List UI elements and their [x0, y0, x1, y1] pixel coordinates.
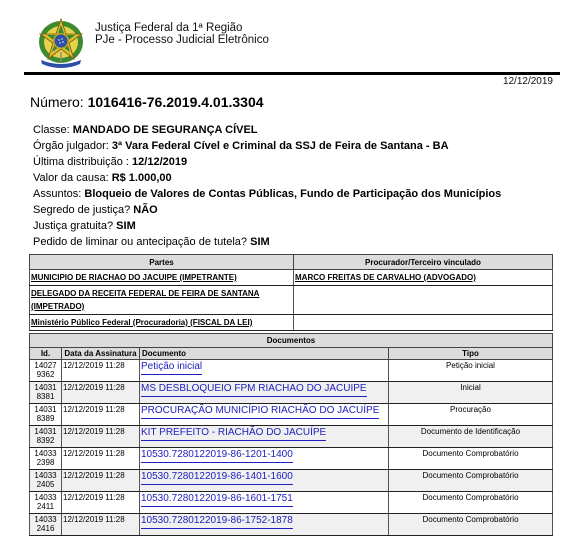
- procurador-cell: [294, 286, 553, 315]
- document-id: 140279362: [30, 360, 62, 382]
- document-id: 140318389: [30, 404, 62, 426]
- document-type: Documento Comprobatório: [389, 448, 553, 470]
- document-type: Petição inicial: [389, 360, 553, 382]
- partes-row: DELEGADO DA RECEITA FEDERAL DE FEIRA DE …: [30, 286, 553, 315]
- document-cell: KIT PREFEITO - RIACHÃO DO JACUÍPE: [140, 426, 389, 448]
- process-number-value: 1016416-76.2019.4.01.3304: [88, 94, 264, 110]
- document-link[interactable]: KIT PREFEITO - RIACHÃO DO JACUÍPE: [141, 427, 326, 441]
- field-assuntos: Assuntos: Bloqueio de Valores de Contas …: [33, 186, 501, 202]
- procurador-cell: [294, 315, 553, 331]
- partes-header: Partes: [30, 255, 294, 270]
- document-row: 14027936212/12/2019 11:28Petição inicial…: [30, 360, 553, 382]
- header-divider: [24, 72, 560, 75]
- document-cell: 10530.7280122019-86-1601-1751: [140, 492, 389, 514]
- document-link[interactable]: 10530.7280122019-86-1752-1878: [141, 515, 293, 529]
- document-id: 140318392: [30, 426, 62, 448]
- document-row: 14031838112/12/2019 11:28MS DESBLOQUEIO …: [30, 382, 553, 404]
- col-header-data: Data da Assinatura: [62, 348, 140, 360]
- partes-row: MUNICIPIO DE RIACHAO DO JACUIPE (IMPETRA…: [30, 270, 553, 286]
- document-cell: Petição inicial: [140, 360, 389, 382]
- field-valor-causa: Valor da causa: R$ 1.000,00: [33, 170, 501, 186]
- document-id-part2: 8381: [37, 392, 55, 401]
- documentos-table: Documentos Id. Data da Assinatura Docume…: [29, 333, 553, 536]
- document-cell: 10530.7280122019-86-1201-1400: [140, 448, 389, 470]
- document-link[interactable]: Petição inicial: [141, 361, 202, 375]
- document-id-part1: 14031: [34, 383, 56, 392]
- org-line-2: PJe - Processo Judicial Eletrônico: [95, 34, 269, 46]
- document-id-part1: 14031: [34, 427, 56, 436]
- document-row: 14031838912/12/2019 11:28PROCURAÇÃO MUNI…: [30, 404, 553, 426]
- partes-table: Partes Procurador/Terceiro vinculado MUN…: [29, 254, 553, 331]
- document-id-part2: 9362: [37, 370, 55, 379]
- brazil-coat-of-arms-icon: [36, 16, 86, 70]
- document-link[interactable]: 10530.7280122019-86-1401-1600: [141, 471, 293, 485]
- document-id-part2: 2398: [37, 458, 55, 467]
- document-type: Documento Comprobatório: [389, 492, 553, 514]
- process-fields: Classe: MANDADO DE SEGURANÇA CÍVEL Órgão…: [33, 122, 501, 250]
- document-date: 12/12/2019 11:28: [62, 492, 140, 514]
- document-id: 140318381: [30, 382, 62, 404]
- document-date: 12/12/2019 11:28: [62, 382, 140, 404]
- document-id-part1: 14031: [34, 405, 56, 414]
- document-type: Documento de Identificação: [389, 426, 553, 448]
- document-type: Documento Comprobatório: [389, 470, 553, 492]
- field-orgao-julgador: Órgão julgador: 3ª Vara Federal Cível e …: [33, 138, 501, 154]
- document-row: 14033239812/12/2019 11:2810530.728012201…: [30, 448, 553, 470]
- field-ultima-distribuicao: Última distribuição : 12/12/2019: [33, 154, 501, 170]
- document-header: Justiça Federal da 1ª Região PJe - Proce…: [0, 0, 582, 75]
- document-id-part1: 14033: [34, 449, 56, 458]
- col-header-id: Id.: [30, 348, 62, 360]
- document-id-part1: 14033: [34, 471, 56, 480]
- document-type: Inicial: [389, 382, 553, 404]
- document-id-part2: 2405: [37, 480, 55, 489]
- procurador-cell: MARCO FREITAS DE CARVALHO (ADVOGADO): [294, 270, 553, 286]
- procurador-header: Procurador/Terceiro vinculado: [294, 255, 553, 270]
- document-date: 12/12/2019 11:28: [62, 514, 140, 536]
- field-justica-gratuita: Justiça gratuita? SIM: [33, 218, 501, 234]
- field-classe: Classe: MANDADO DE SEGURANÇA CÍVEL: [33, 122, 501, 138]
- document-type: Procuração: [389, 404, 553, 426]
- col-header-tipo: Tipo: [389, 348, 553, 360]
- partes-row: Ministério Público Federal (Procuradoria…: [30, 315, 553, 331]
- organization-name: Justiça Federal da 1ª Região PJe - Proce…: [95, 22, 269, 46]
- document-date: 12/12/2019 11:28: [62, 404, 140, 426]
- document-cell: MS DESBLOQUEIO FPM RIACHAO DO JACUIPE: [140, 382, 389, 404]
- field-segredo-justica: Segredo de justiça? NÃO: [33, 202, 501, 218]
- org-line-1: Justiça Federal da 1ª Região: [95, 22, 269, 34]
- document-link[interactable]: PROCURAÇÃO MUNICÍPIO RIACHÃO DO JACUÍPE: [141, 405, 379, 419]
- document-id-part2: 8392: [37, 436, 55, 445]
- document-date: 12/12/2019 11:28: [62, 426, 140, 448]
- parte-cell: Ministério Público Federal (Procuradoria…: [30, 315, 294, 331]
- document-date: 12/12/2019 11:28: [62, 360, 140, 382]
- process-number-label: Número:: [30, 94, 84, 110]
- document-row: 14033241112/12/2019 11:2810530.728012201…: [30, 492, 553, 514]
- document-id: 140332405: [30, 470, 62, 492]
- document-link[interactable]: 10530.7280122019-86-1601-1751: [141, 493, 293, 507]
- document-id: 140332411: [30, 492, 62, 514]
- document-cell: PROCURAÇÃO MUNICÍPIO RIACHÃO DO JACUÍPE: [140, 404, 389, 426]
- parte-cell: MUNICIPIO DE RIACHAO DO JACUIPE (IMPETRA…: [30, 270, 294, 286]
- document-cell: 10530.7280122019-86-1752-1878: [140, 514, 389, 536]
- document-row: 14033241612/12/2019 11:2810530.728012201…: [30, 514, 553, 536]
- process-number: Número: 1016416-76.2019.4.01.3304: [30, 94, 264, 110]
- document-row: 14033240512/12/2019 11:2810530.728012201…: [30, 470, 553, 492]
- document-id: 140332416: [30, 514, 62, 536]
- document-id-part1: 14033: [34, 493, 56, 502]
- documentos-body: 14027936212/12/2019 11:28Petição inicial…: [30, 360, 553, 536]
- documentos-title: Documentos: [30, 334, 553, 348]
- document-link[interactable]: 10530.7280122019-86-1201-1400: [141, 449, 293, 463]
- parte-cell: DELEGADO DA RECEITA FEDERAL DE FEIRA DE …: [30, 286, 294, 315]
- document-id-part1: 14033: [34, 515, 56, 524]
- print-date: 12/12/2019: [503, 76, 553, 87]
- document-id-part1: 14027: [34, 361, 56, 370]
- document-id-part2: 8389: [37, 414, 55, 423]
- document-row: 14031839212/12/2019 11:28KIT PREFEITO - …: [30, 426, 553, 448]
- document-link[interactable]: MS DESBLOQUEIO FPM RIACHAO DO JACUIPE: [141, 383, 367, 397]
- document-date: 12/12/2019 11:28: [62, 470, 140, 492]
- document-date: 12/12/2019 11:28: [62, 448, 140, 470]
- document-id-part2: 2411: [37, 502, 54, 511]
- document-id: 140332398: [30, 448, 62, 470]
- document-cell: 10530.7280122019-86-1401-1600: [140, 470, 389, 492]
- document-id-part2: 2416: [37, 524, 55, 533]
- document-type: Documento Comprobatório: [389, 514, 553, 536]
- field-pedido-liminar: Pedido de liminar ou antecipação de tute…: [33, 234, 501, 250]
- col-header-documento: Documento: [140, 348, 389, 360]
